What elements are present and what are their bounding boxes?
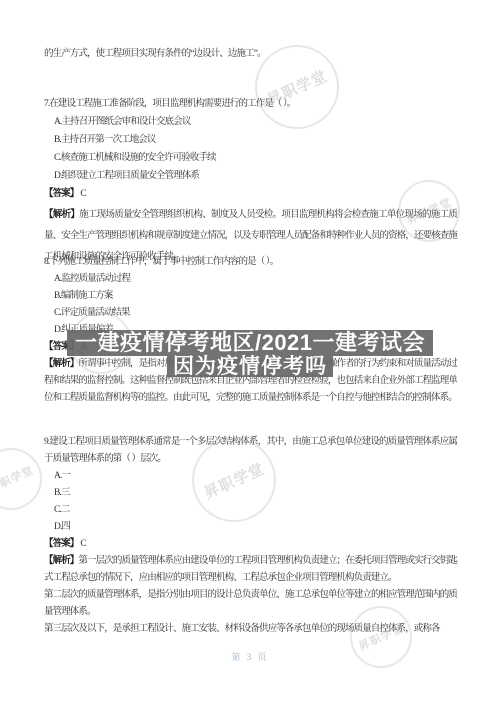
question-9-options: A.一 B.三 C.二 D.四	[44, 468, 457, 536]
document-page: 昇职学堂 昇职学堂 昇职学堂 昇职学堂 昇职学堂 昇职学堂 的生产方式，使工程项…	[0, 0, 500, 707]
overlay-title-line1: 一建疫情停考地区/2021一建考试会	[67, 330, 433, 356]
option-d: D.组织建立工程项目质量安全管理体系	[54, 167, 457, 185]
overlay-title-banner: 一建疫情停考地区/2021一建考试会 因为疫情停考吗	[0, 330, 500, 378]
watermark-circle: 昇职学堂	[0, 448, 42, 510]
option-a: A.监控质量活动过程	[54, 271, 457, 288]
answer-label: 【答案】	[44, 539, 78, 549]
answer-value: C	[80, 539, 85, 549]
option-c: C.二	[54, 502, 457, 519]
document-screenshot: { "page": { "continuation_line": "的生产方式，…	[0, 0, 500, 707]
answer-label: 【答案】	[44, 189, 78, 199]
answer-line: 【答案】C	[44, 185, 457, 203]
question-8-options: A.监控质量活动过程 B.编制施工方案 C.评定质量活动结果 D.纠正质量偏差	[44, 271, 457, 339]
option-d: D.四	[54, 519, 457, 536]
overlay-title-line2: 因为疫情停考吗	[167, 356, 333, 377]
option-c: C.核查施工机械和设施的安全许可验收手续	[54, 149, 457, 167]
watermark-text: 昇职学堂	[0, 462, 36, 496]
analysis-text: 第一层次的质量管理体系应由建设单位的工程项目管理机构负责建立；在委托项目管理或实…	[44, 556, 457, 583]
analysis-paragraph-1: 【解析】第一层次的质量管理体系应由建设单位的工程项目管理机构负责建立；在委托项目…	[44, 553, 457, 587]
analysis-label: 【解析】	[44, 556, 78, 566]
question-9-block: 9.建设工程项目质量管理体系通常是一个多层次结构体系，其中，由施工总承包单位建设…	[44, 434, 457, 638]
question-7-stem: 7.在建设工程施工准备阶段，项目监理机构需要进行的工作是（ ）。	[44, 95, 457, 113]
option-b: B.编制施工方案	[54, 288, 457, 305]
analysis-label: 【解析】	[44, 210, 79, 220]
option-c: C.评定质量活动结果	[54, 305, 457, 322]
answer-value: C	[80, 189, 85, 199]
question-7-options: A.主持召开图纸会审和设计交底会议 B.主持召开第一次工地会议 C.核查施工机械…	[44, 113, 457, 185]
option-b: B.三	[54, 485, 457, 502]
option-a: A.主持召开图纸会审和设计交底会议	[54, 113, 457, 131]
analysis-paragraph-2: 第二层次的质量管理体系，是指分别由项目的设计总负责单位、施工总承包单位等建立的相…	[44, 587, 457, 621]
page-number: 第 3 页	[0, 650, 500, 664]
option-a: A.一	[54, 468, 457, 485]
option-b: B.主持召开第一次工地会议	[54, 131, 457, 149]
question-8-stem: 8.下列施工质量控制工作中，属于事中控制工作内容的是（ ）。	[44, 254, 457, 271]
analysis-paragraph-3: 第三层次及以下，是承担工程设计、施工安装、材料设备供应等各承包单位的现场质量自控…	[44, 621, 457, 638]
question-7-block: 7.在建设工程施工准备阶段，项目监理机构需要进行的工作是（ ）。 A.主持召开图…	[44, 95, 457, 268]
answer-line: 【答案】C	[44, 536, 457, 553]
question-9-stem: 9.建设工程项目质量管理体系通常是一个多层次结构体系，其中，由施工总承包单位建设…	[44, 434, 457, 468]
continuation-text: 的生产方式，使工程项目实现有条件的“边设计、边施工”。	[44, 45, 457, 63]
